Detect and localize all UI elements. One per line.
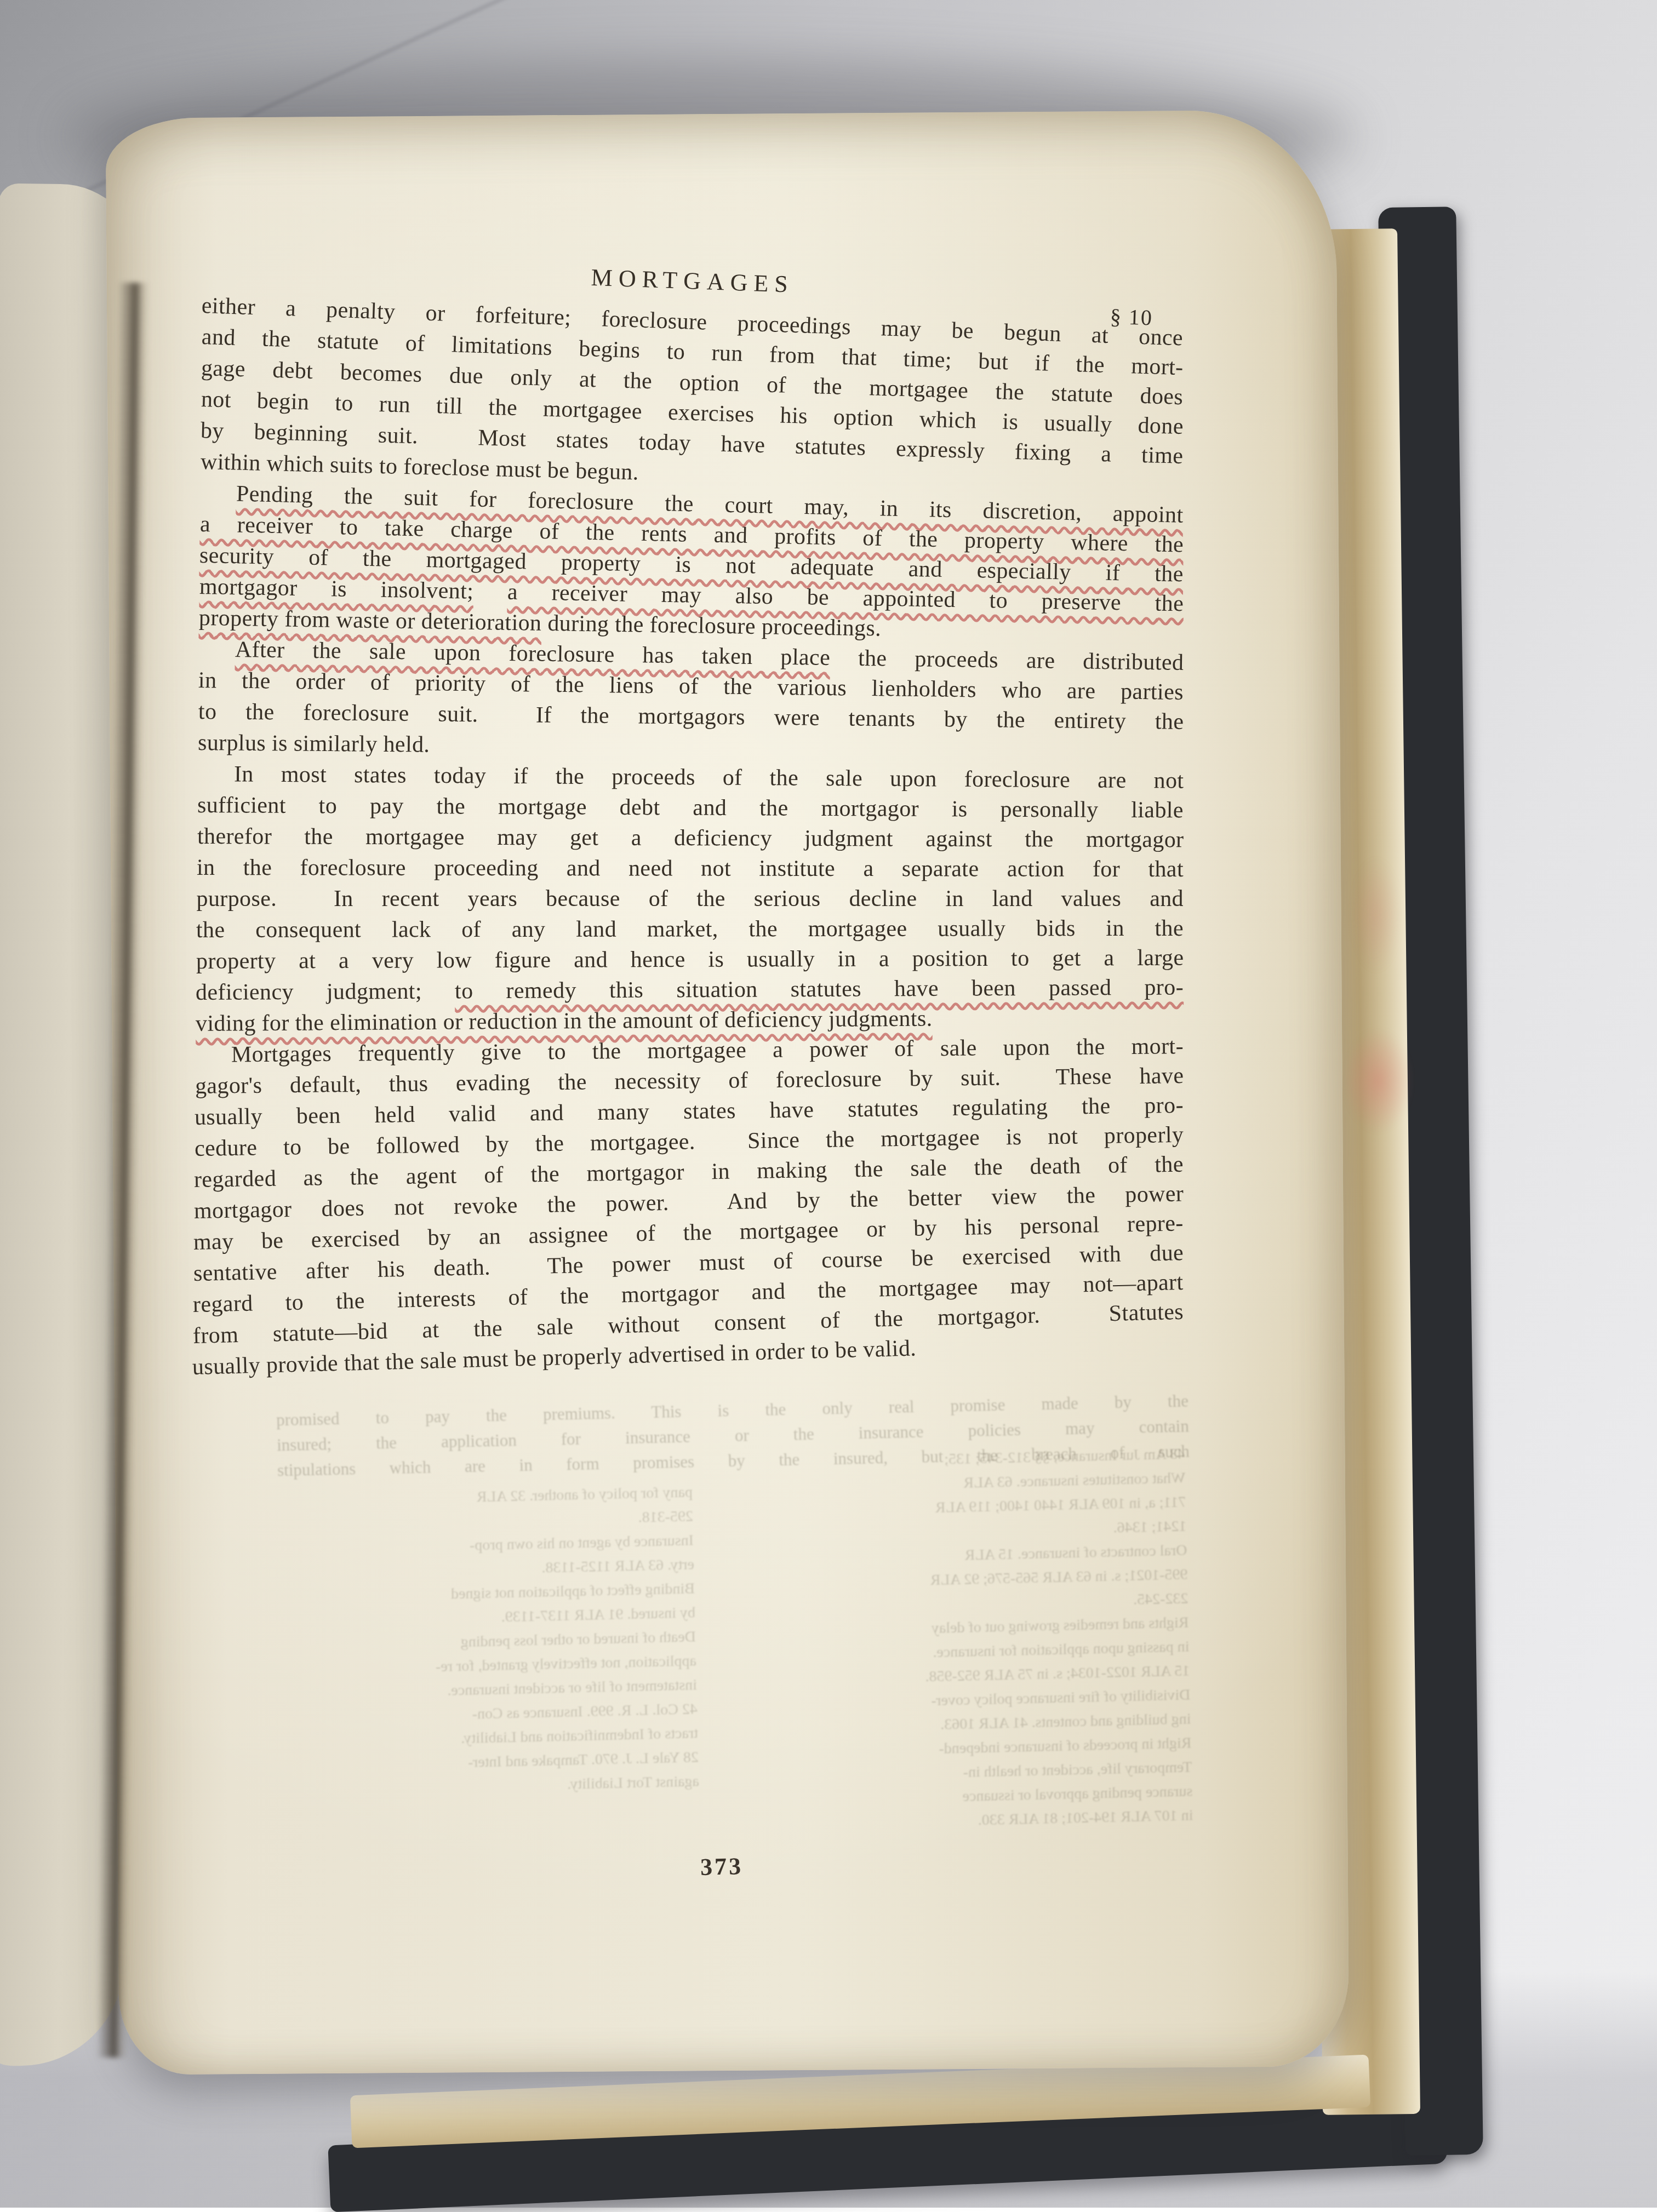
text-line: sufficient to pay the mortgage debt and …	[197, 790, 1184, 826]
red-smudge-faint	[1340, 833, 1412, 997]
text-line: in the foreclosure proceeding and need n…	[197, 852, 1184, 885]
bleedthrough-right-column: 43 Am Jur Insurance, §§ 312-345; 135;Wha…	[724, 1442, 1193, 1838]
page-number: 373	[669, 1851, 774, 1882]
bleedthrough-left-column: pany for policy of another. 32 ALR295-31…	[227, 1480, 700, 1804]
text-line: purpose. In recent years because of the …	[197, 884, 1184, 915]
text-column: MORTGAGES § 10 either a penalty or forfe…	[202, 248, 1184, 1383]
text-line: therefor the mortgagee may get a deficie…	[197, 821, 1184, 856]
red-smudge-stamp	[1330, 1008, 1426, 1153]
text-line: property at a very low figure and hence …	[196, 943, 1184, 977]
body-text: either a penalty or forfeiture; foreclos…	[202, 290, 1184, 1383]
text-line: the consequent lack of any land market, …	[196, 913, 1184, 946]
